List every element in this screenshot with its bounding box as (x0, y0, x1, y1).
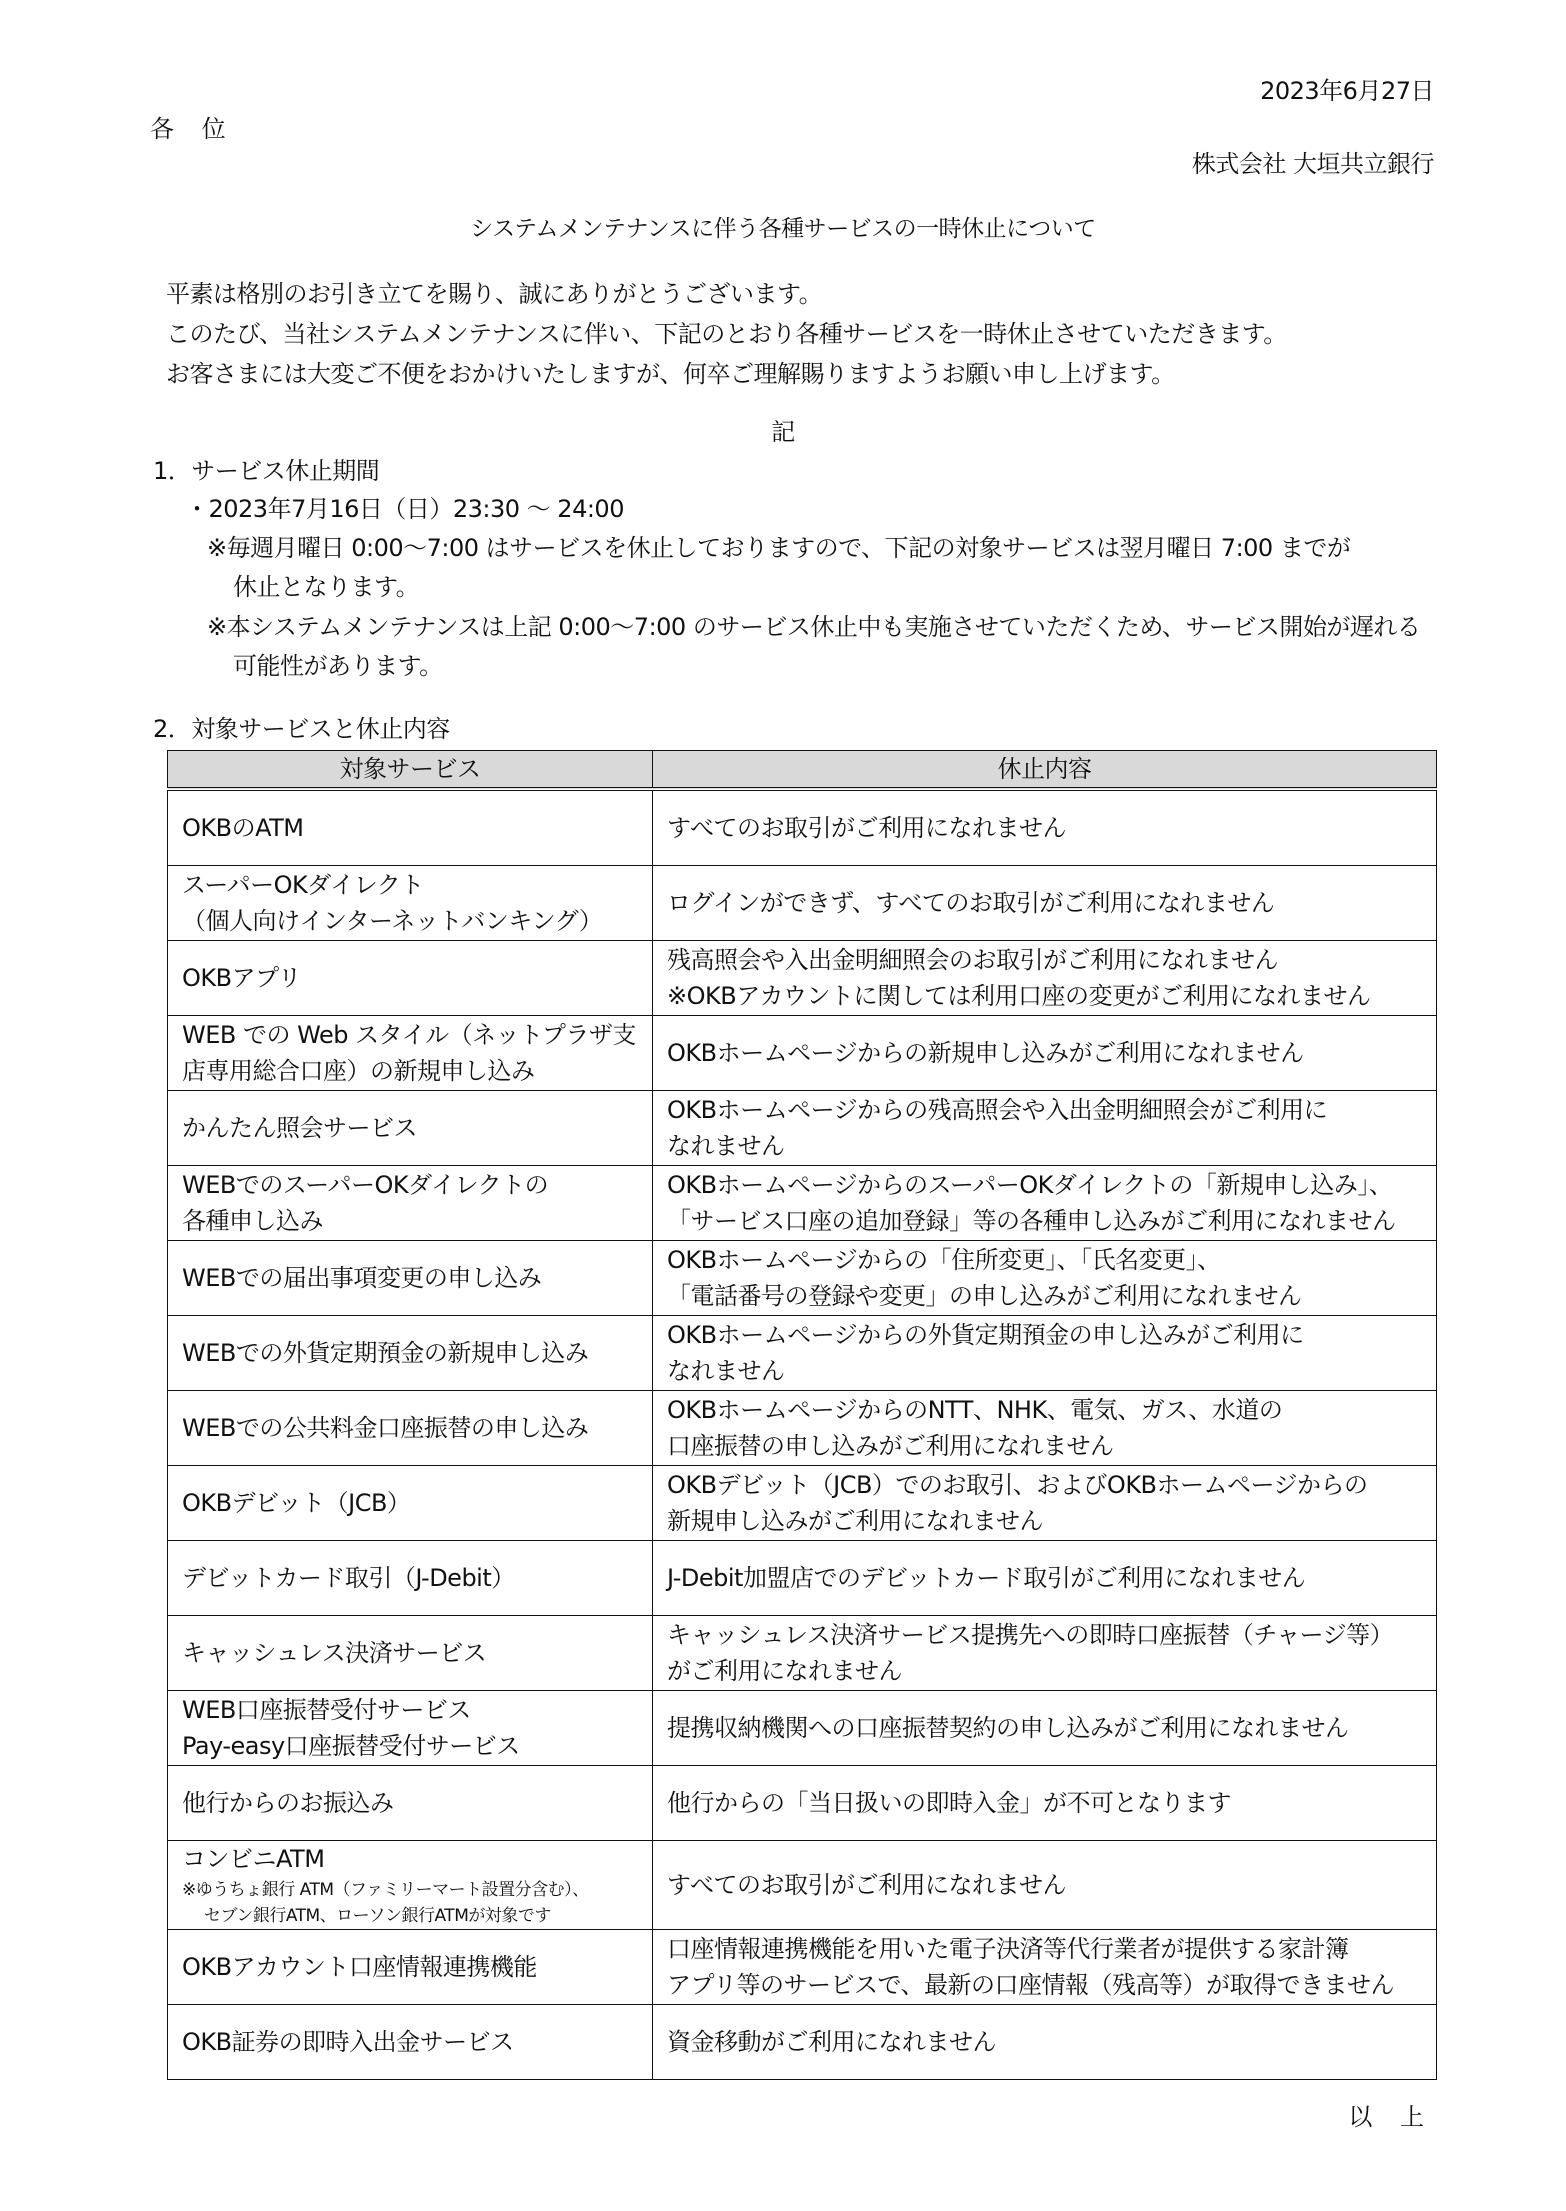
content-line: OKBホームページからの残高照会や入出金明細照会がご利用に (667, 1092, 1422, 1128)
suspension-content-cell: OKBホームページからの残高照会や入出金明細照会がご利用になれません (653, 1091, 1437, 1166)
content-line: キャッシュレス決済サービス提携先への即時口座振替（チャージ等） (667, 1617, 1422, 1653)
service-cell: デビットカード取引（J-Debit） (168, 1541, 653, 1616)
suspension-content-cell: 提携収納機関への口座振替契約の申し込みがご利用になれません (653, 1691, 1437, 1766)
service-cell: WEBでの公共料金口座振替の申し込み (168, 1391, 653, 1466)
content-line: 口座振替の申し込みがご利用になれません (667, 1428, 1422, 1464)
service-name-line: キャッシュレス決済サービス (182, 1635, 638, 1671)
section1-heading: 1．サービス休止期間 (153, 452, 379, 490)
table-row: デビットカード取引（J-Debit）J-Debit加盟店でのデビットカード取引が… (168, 1541, 1437, 1616)
suspension-content-cell: OKBデビット（JCB）でのお取引、およびOKBホームページからの新規申し込みが… (653, 1466, 1437, 1541)
closing-mark: 以 上 (1348, 2098, 1434, 2136)
service-cell: OKB証券の即時入出金サービス (168, 2005, 653, 2080)
content-line: 提携収納機関への口座振替契約の申し込みがご利用になれません (667, 1710, 1422, 1746)
service-cell: OKBデビット（JCB） (168, 1466, 653, 1541)
suspension-content-cell: ログインができず、すべてのお取引がご利用になれません (653, 866, 1437, 941)
content-line: 新規申し込みがご利用になれません (667, 1503, 1422, 1539)
content-line: 資金移動がご利用になれません (667, 2024, 1422, 2060)
service-name-line: WEBでの届出事項変更の申し込み (182, 1260, 638, 1296)
service-cell: 他行からのお振込み (168, 1766, 653, 1841)
service-name-line: デビットカード取引（J-Debit） (182, 1560, 638, 1596)
suspension-content-cell: OKBホームページからの「住所変更」、「氏名変更」、「電話番号の登録や変更」の申… (653, 1241, 1437, 1316)
service-cell: キャッシュレス決済サービス (168, 1616, 653, 1691)
note-line: 休止となります。 (207, 568, 1350, 607)
content-line: 「電話番号の登録や変更」の申し込みがご利用になれません (667, 1278, 1422, 1314)
suspension-content-cell: 他行からの「当日扱いの即時入金」が不可となります (653, 1766, 1437, 1841)
content-line: 口座情報連携機能を用いた電子決済等代行業者が提供する家計簿 (667, 1931, 1422, 1967)
content-line: がご利用になれません (667, 1653, 1422, 1689)
suspension-content-cell: OKBホームページからのスーパーOKダイレクトの「新規申し込み」、「サービス口座… (653, 1166, 1437, 1241)
table-row: OKBアプリ残高照会や入出金明細照会のお取引がご利用になれません※OKBアカウン… (168, 941, 1437, 1016)
suspension-content-cell: OKBホームページからのNTT、NHK、電気、ガス、水道の口座振替の申し込みがご… (653, 1391, 1437, 1466)
service-name-line: Pay-easy口座振替受付サービス (182, 1728, 638, 1764)
note-line: ※毎週月曜日 0:00～7:00 はサービスを休止しておりますので、下記の対象サ… (207, 529, 1350, 568)
service-cell: WEBでのスーパーOKダイレクトの各種申し込み (168, 1166, 653, 1241)
service-name-line: かんたん照会サービス (182, 1110, 638, 1146)
table-row: OKBアカウント口座情報連携機能口座情報連携機能を用いた電子決済等代行業者が提供… (168, 1930, 1437, 2005)
service-name-line: WEB での Web スタイル（ネットプラザ支 (182, 1017, 638, 1053)
service-name-line: 各種申し込み (182, 1203, 638, 1239)
service-name-line: （個人向けインターネットバンキング） (182, 903, 638, 939)
addressee: 各 位 (150, 110, 236, 148)
service-note-line: セブン銀行ATM、ローソン銀行ATMが対象です (182, 1903, 638, 1929)
service-name-line: OKBデビット（JCB） (182, 1485, 638, 1521)
content-line: 他行からの「当日扱いの即時入金」が不可となります (667, 1785, 1422, 1821)
service-cell: WEB口座振替受付サービスPay-easy口座振替受付サービス (168, 1691, 653, 1766)
service-cell: OKBのATM (168, 789, 653, 866)
note-line: ※本システムメンテナンスは上記 0:00～7:00 のサービス休止中も実施させて… (207, 608, 1420, 647)
table-row: WEBでの外貨定期預金の新規申し込みOKBホームページからの外貨定期預金の申し込… (168, 1316, 1437, 1391)
service-name-line: スーパーOKダイレクト (182, 867, 638, 903)
greeting-line: 平素は格別のお引き立てを賜り、誠にありがとうございます。 (166, 274, 1287, 314)
service-cell: コンビニATM※ゆうちょ銀行 ATM（ファミリーマート設置分含む）、セブン銀行A… (168, 1841, 653, 1930)
service-cell: スーパーOKダイレクト（個人向けインターネットバンキング） (168, 866, 653, 941)
service-cell: WEBでの届出事項変更の申し込み (168, 1241, 653, 1316)
content-line: 残高照会や入出金明細照会のお取引がご利用になれません (667, 942, 1422, 978)
column-header-service: 対象サービス (168, 751, 653, 790)
service-name-line: 他行からのお振込み (182, 1785, 638, 1821)
service-name-line: OKBアカウント口座情報連携機能 (182, 1949, 638, 1985)
content-line: ログインができず、すべてのお取引がご利用になれません (667, 885, 1422, 921)
suspension-content-cell: J-Debit加盟店でのデビットカード取引がご利用になれません (653, 1541, 1437, 1616)
service-name-line: OKBアプリ (182, 960, 638, 996)
service-name-line: 店専用総合口座）の新規申し込み (182, 1053, 638, 1089)
content-line: OKBホームページからのNTT、NHK、電気、ガス、水道の (667, 1392, 1422, 1428)
content-line: すべてのお取引がご利用になれません (667, 1867, 1422, 1903)
service-note-line: ※ゆうちょ銀行 ATM（ファミリーマート設置分含む）、 (182, 1877, 638, 1903)
service-name-line: OKB証券の即時入出金サービス (182, 2024, 638, 2060)
table-row: WEBでの届出事項変更の申し込みOKBホームページからの「住所変更」、「氏名変更… (168, 1241, 1437, 1316)
note-delay: ※本システムメンテナンスは上記 0:00～7:00 のサービス休止中も実施させて… (207, 608, 1420, 686)
suspension-content-cell: すべてのお取引がご利用になれません (653, 789, 1437, 866)
table-row: スーパーOKダイレクト（個人向けインターネットバンキング）ログインができず、すべ… (168, 866, 1437, 941)
content-line: ※OKBアカウントに関しては利用口座の変更がご利用になれません (667, 978, 1422, 1014)
content-line: すべてのお取引がご利用になれません (667, 810, 1422, 846)
service-cell: OKBアカウント口座情報連携機能 (168, 1930, 653, 2005)
service-name-line: OKBのATM (182, 810, 638, 846)
content-line: なれません (667, 1128, 1422, 1164)
content-line: OKBホームページからの「住所変更」、「氏名変更」、 (667, 1242, 1422, 1278)
suspension-content-cell: 資金移動がご利用になれません (653, 2005, 1437, 2080)
table-row: キャッシュレス決済サービスキャッシュレス決済サービス提携先への即時口座振替（チャ… (168, 1616, 1437, 1691)
content-line: OKBホームページからのスーパーOKダイレクトの「新規申し込み」、 (667, 1167, 1422, 1203)
service-name-line: WEBでの外貨定期預金の新規申し込み (182, 1335, 638, 1371)
section2-heading: 2．対象サービスと休止内容 (153, 710, 450, 748)
content-line: OKBホームページからの新規申し込みがご利用になれません (667, 1035, 1422, 1071)
table-row: かんたん照会サービスOKBホームページからの残高照会や入出金明細照会がご利用にな… (168, 1091, 1437, 1166)
table-header-row: 対象サービス 休止内容 (168, 751, 1437, 790)
service-cell: かんたん照会サービス (168, 1091, 653, 1166)
greeting-paragraph: 平素は格別のお引き立てを賜り、誠にありがとうございます。 このたび、当社システム… (166, 274, 1287, 394)
service-name-line: WEBでの公共料金口座振替の申し込み (182, 1410, 638, 1446)
table-row: コンビニATM※ゆうちょ銀行 ATM（ファミリーマート設置分含む）、セブン銀行A… (168, 1841, 1437, 1930)
suspension-content-cell: OKBホームページからの外貨定期預金の申し込みがご利用になれません (653, 1316, 1437, 1391)
service-name-line: WEBでのスーパーOKダイレクトの (182, 1167, 638, 1203)
table-row: WEB での Web スタイル（ネットプラザ支店専用総合口座）の新規申し込みOK… (168, 1016, 1437, 1091)
table-row: OKBデビット（JCB）OKBデビット（JCB）でのお取引、およびOKBホームペ… (168, 1466, 1437, 1541)
table-row: WEBでのスーパーOKダイレクトの各種申し込みOKBホームページからのスーパーO… (168, 1166, 1437, 1241)
note-monday-maintenance: ※毎週月曜日 0:00～7:00 はサービスを休止しておりますので、下記の対象サ… (207, 529, 1350, 607)
content-line: 「サービス口座の追加登録」等の各種申し込みがご利用になれません (667, 1203, 1422, 1239)
table-row: OKB証券の即時入出金サービス資金移動がご利用になれません (168, 2005, 1437, 2080)
content-line: J-Debit加盟店でのデビットカード取引がご利用になれません (667, 1560, 1422, 1596)
suspension-period: ・2023年7月16日（日）23:30 ～ 24:00 (185, 490, 624, 528)
document-title: システムメンテナンスに伴う各種サービスの一時休止について (0, 210, 1566, 248)
column-header-content: 休止内容 (653, 751, 1437, 790)
note-line: 可能性があります。 (207, 647, 1420, 686)
service-cell: OKBアプリ (168, 941, 653, 1016)
table-row: OKBのATMすべてのお取引がご利用になれません (168, 789, 1437, 866)
table-row: 他行からのお振込み他行からの「当日扱いの即時入金」が不可となります (168, 1766, 1437, 1841)
ki-heading: 記 (0, 413, 1566, 451)
service-cell: WEB での Web スタイル（ネットプラザ支店専用総合口座）の新規申し込み (168, 1016, 653, 1091)
service-name-line: WEB口座振替受付サービス (182, 1692, 638, 1728)
greeting-line: このたび、当社システムメンテナンスに伴い、下記のとおり各種サービスを一時休止させ… (166, 314, 1287, 354)
suspension-content-cell: すべてのお取引がご利用になれません (653, 1841, 1437, 1930)
content-line: OKBデビット（JCB）でのお取引、およびOKBホームページからの (667, 1467, 1422, 1503)
greeting-line: お客さまには大変ご不便をおかけいたしますが、何卒ご理解賜りますようお願い申し上げ… (166, 354, 1287, 394)
table-body: OKBのATMすべてのお取引がご利用になれませんスーパーOKダイレクト（個人向け… (168, 789, 1437, 2080)
suspension-content-cell: 口座情報連携機能を用いた電子決済等代行業者が提供する家計簿アプリ等のサービスで、… (653, 1930, 1437, 2005)
company-name: 株式会社 大垣共立銀行 (1192, 145, 1434, 183)
service-name-line: コンビニATM (182, 1841, 638, 1877)
document-date: 2023年6月27日 (1260, 72, 1434, 110)
table-row: WEB口座振替受付サービスPay-easy口座振替受付サービス提携収納機関への口… (168, 1691, 1437, 1766)
table-row: WEBでの公共料金口座振替の申し込みOKBホームページからのNTT、NHK、電気… (168, 1391, 1437, 1466)
content-line: なれません (667, 1353, 1422, 1389)
content-line: OKBホームページからの外貨定期預金の申し込みがご利用に (667, 1317, 1422, 1353)
service-cell: WEBでの外貨定期預金の新規申し込み (168, 1316, 653, 1391)
suspension-content-cell: OKBホームページからの新規申し込みがご利用になれません (653, 1016, 1437, 1091)
content-line: アプリ等のサービスで、最新の口座情報（残高等）が取得できません (667, 1967, 1422, 2003)
services-table: 対象サービス 休止内容 OKBのATMすべてのお取引がご利用になれませんスーパー… (167, 750, 1437, 2080)
suspension-content-cell: 残高照会や入出金明細照会のお取引がご利用になれません※OKBアカウントに関しては… (653, 941, 1437, 1016)
suspension-content-cell: キャッシュレス決済サービス提携先への即時口座振替（チャージ等）がご利用になれませ… (653, 1616, 1437, 1691)
